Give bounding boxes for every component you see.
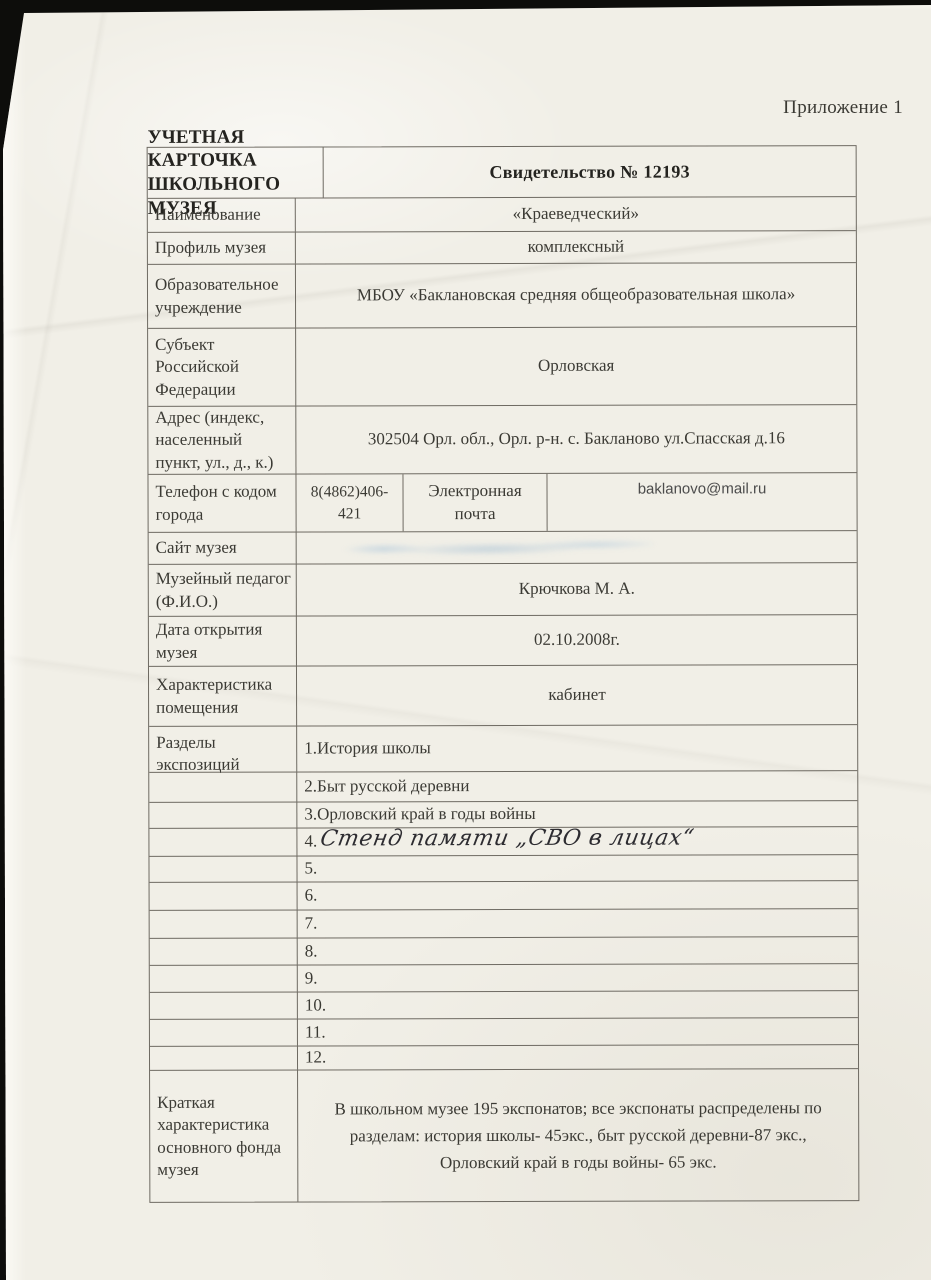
exposition-number: 2. [304,776,317,799]
row-exposition-5: 5. [149,854,857,882]
field-value: МБОУ «Баклановская средняя общеобразоват… [296,263,856,327]
exposition-number: 5. [304,858,317,881]
exposition-number: 6. [305,885,318,908]
field-label [150,993,298,1019]
field-label: Образовательное учреждение [148,265,296,328]
exposition-item: 7. [298,909,858,937]
exposition-text: Орловский край в годы войны [317,803,536,827]
row-exposition-12: 12. [150,1044,858,1070]
exposition-item: 1.История школы [297,725,857,771]
card-title-line1: УЧЕТНАЯ КАРТОЧКА [148,125,323,173]
field-value: Орловская [296,327,856,405]
exposition-item: 5. [297,855,857,881]
exposition-item: 10. [298,991,858,1018]
exposition-text: Быт русской деревни [317,775,469,798]
field-label: Профиль музея [148,233,296,264]
whiteout-smudge [325,538,655,557]
annex-label: Приложение 1 [783,97,903,119]
row-exposition-1: Разделы экспозиций 1.История школы [149,724,857,772]
field-value: 302504 Орл. обл., Орл. р-н. с. Бакланово… [296,405,856,473]
field-label [150,1020,298,1046]
row-exposition-9: 9. [150,963,858,992]
email-value: baklanovo@mail.ru [547,473,856,531]
field-value: «Краеведческий» [296,197,856,231]
exposition-item: 4.Стенд памяти „СВО в лицах“ [297,827,857,855]
exposition-number: 9. [305,967,318,990]
row-exposition-7: 7. [150,908,858,938]
field-value: комплексный [296,231,856,263]
field-label: Сайт музея [149,533,297,564]
exposition-item: 9. [298,964,858,991]
row-exposition-2: 2.Быт русской деревни [149,770,857,802]
header-row: УЧЕТНАЯ КАРТОЧКА ШКОЛЬНОГО МУЗЕЯ Свидете… [148,146,856,198]
row-profile: Профиль музея комплексный [148,230,856,264]
certificate-number: Свидетельство № 12193 [324,146,856,197]
field-label: Дата открытия музея [149,617,297,666]
exposition-number: 11. [305,1021,326,1044]
field-label [150,939,298,965]
row-open-date: Дата открытия музея 02.10.2008г. [149,614,857,666]
field-label: Наименование [148,199,296,232]
exposition-text: История школы [317,737,431,760]
exposition-item: 2.Быт русской деревни [297,771,857,801]
card-title: УЧЕТНАЯ КАРТОЧКА ШКОЛЬНОГО МУЗЕЯ [148,147,324,197]
row-address: Адрес (индекс, населенный пункт, ул., д.… [148,404,856,474]
exposition-number: 8. [305,940,318,963]
row-exposition-4: 4.Стенд памяти „СВО в лицах“ [149,826,857,856]
row-institution: Образовательное учреждение МБОУ «Баклано… [148,262,856,328]
field-label: Телефон с кодом города [148,475,296,532]
exposition-number: 4. [304,831,317,854]
exposition-item: 8. [298,937,858,964]
field-label: Музейный педагог (Ф.И.О.) [149,565,297,616]
field-label: Адрес (индекс, населенный пункт, ул., д.… [148,407,296,474]
row-region: Субъект Российской Федерации Орловская [148,326,856,406]
row-exposition-6: 6. [150,880,858,910]
field-label [150,911,298,938]
field-label: Разделы экспозиций [149,727,297,772]
exposition-item: 12. [298,1045,858,1069]
field-value: кабинет [297,665,857,725]
row-exposition-8: 8. [150,936,858,965]
row-premises: Характеристика помещения кабинет [149,664,857,726]
field-label [150,883,298,910]
exposition-number: 12. [305,1046,326,1069]
row-exposition-11: 11. [150,1017,858,1046]
field-label: Субъект Российской Федерации [148,329,296,406]
museum-card-table: УЧЕТНАЯ КАРТОЧКА ШКОЛЬНОГО МУЗЕЯ Свидете… [147,145,860,1203]
field-label [149,829,297,856]
exposition-item: 6. [298,881,858,909]
exposition-item: 11. [298,1018,858,1045]
field-value: 02.10.2008г. [297,615,857,665]
phone-value: 8(4862)406-421 [296,474,403,531]
field-label [150,1047,298,1070]
exposition-number: 1. [304,738,317,761]
fund-description: В школьном музее 195 экспонатов; все экс… [298,1069,858,1201]
field-label [150,966,298,992]
email-label: Электронная почта [403,474,547,531]
exposition-number: 7. [305,913,318,936]
field-label [149,857,297,882]
handwritten-entry: Стенд памяти „СВО в лицах“ [318,824,697,855]
row-fund: Краткая характеристика основного фонда м… [150,1068,858,1202]
field-label: Характеристика помещения [149,667,297,726]
row-pedagogue: Музейный педагог (Ф.И.О.) Крючкова М. А. [149,562,857,616]
field-value: Крючкова М. А. [297,563,857,615]
row-exposition-10: 10. [150,990,858,1019]
row-site: Сайт музея [149,530,857,564]
row-phone: Телефон с кодом города 8(4862)406-421 Эл… [148,472,856,532]
row-name: Наименование «Краеведческий» [148,196,856,232]
field-label: Краткая характеристика основного фонда м… [150,1071,298,1202]
field-value [297,531,857,563]
field-label [149,773,297,802]
exposition-number: 10. [305,994,326,1017]
exposition-number: 3. [304,804,317,827]
field-label [149,803,297,828]
paper-sheet: Приложение 1 УЧЕТНАЯ КАРТОЧКА ШКОЛЬНОГО … [0,0,931,1280]
